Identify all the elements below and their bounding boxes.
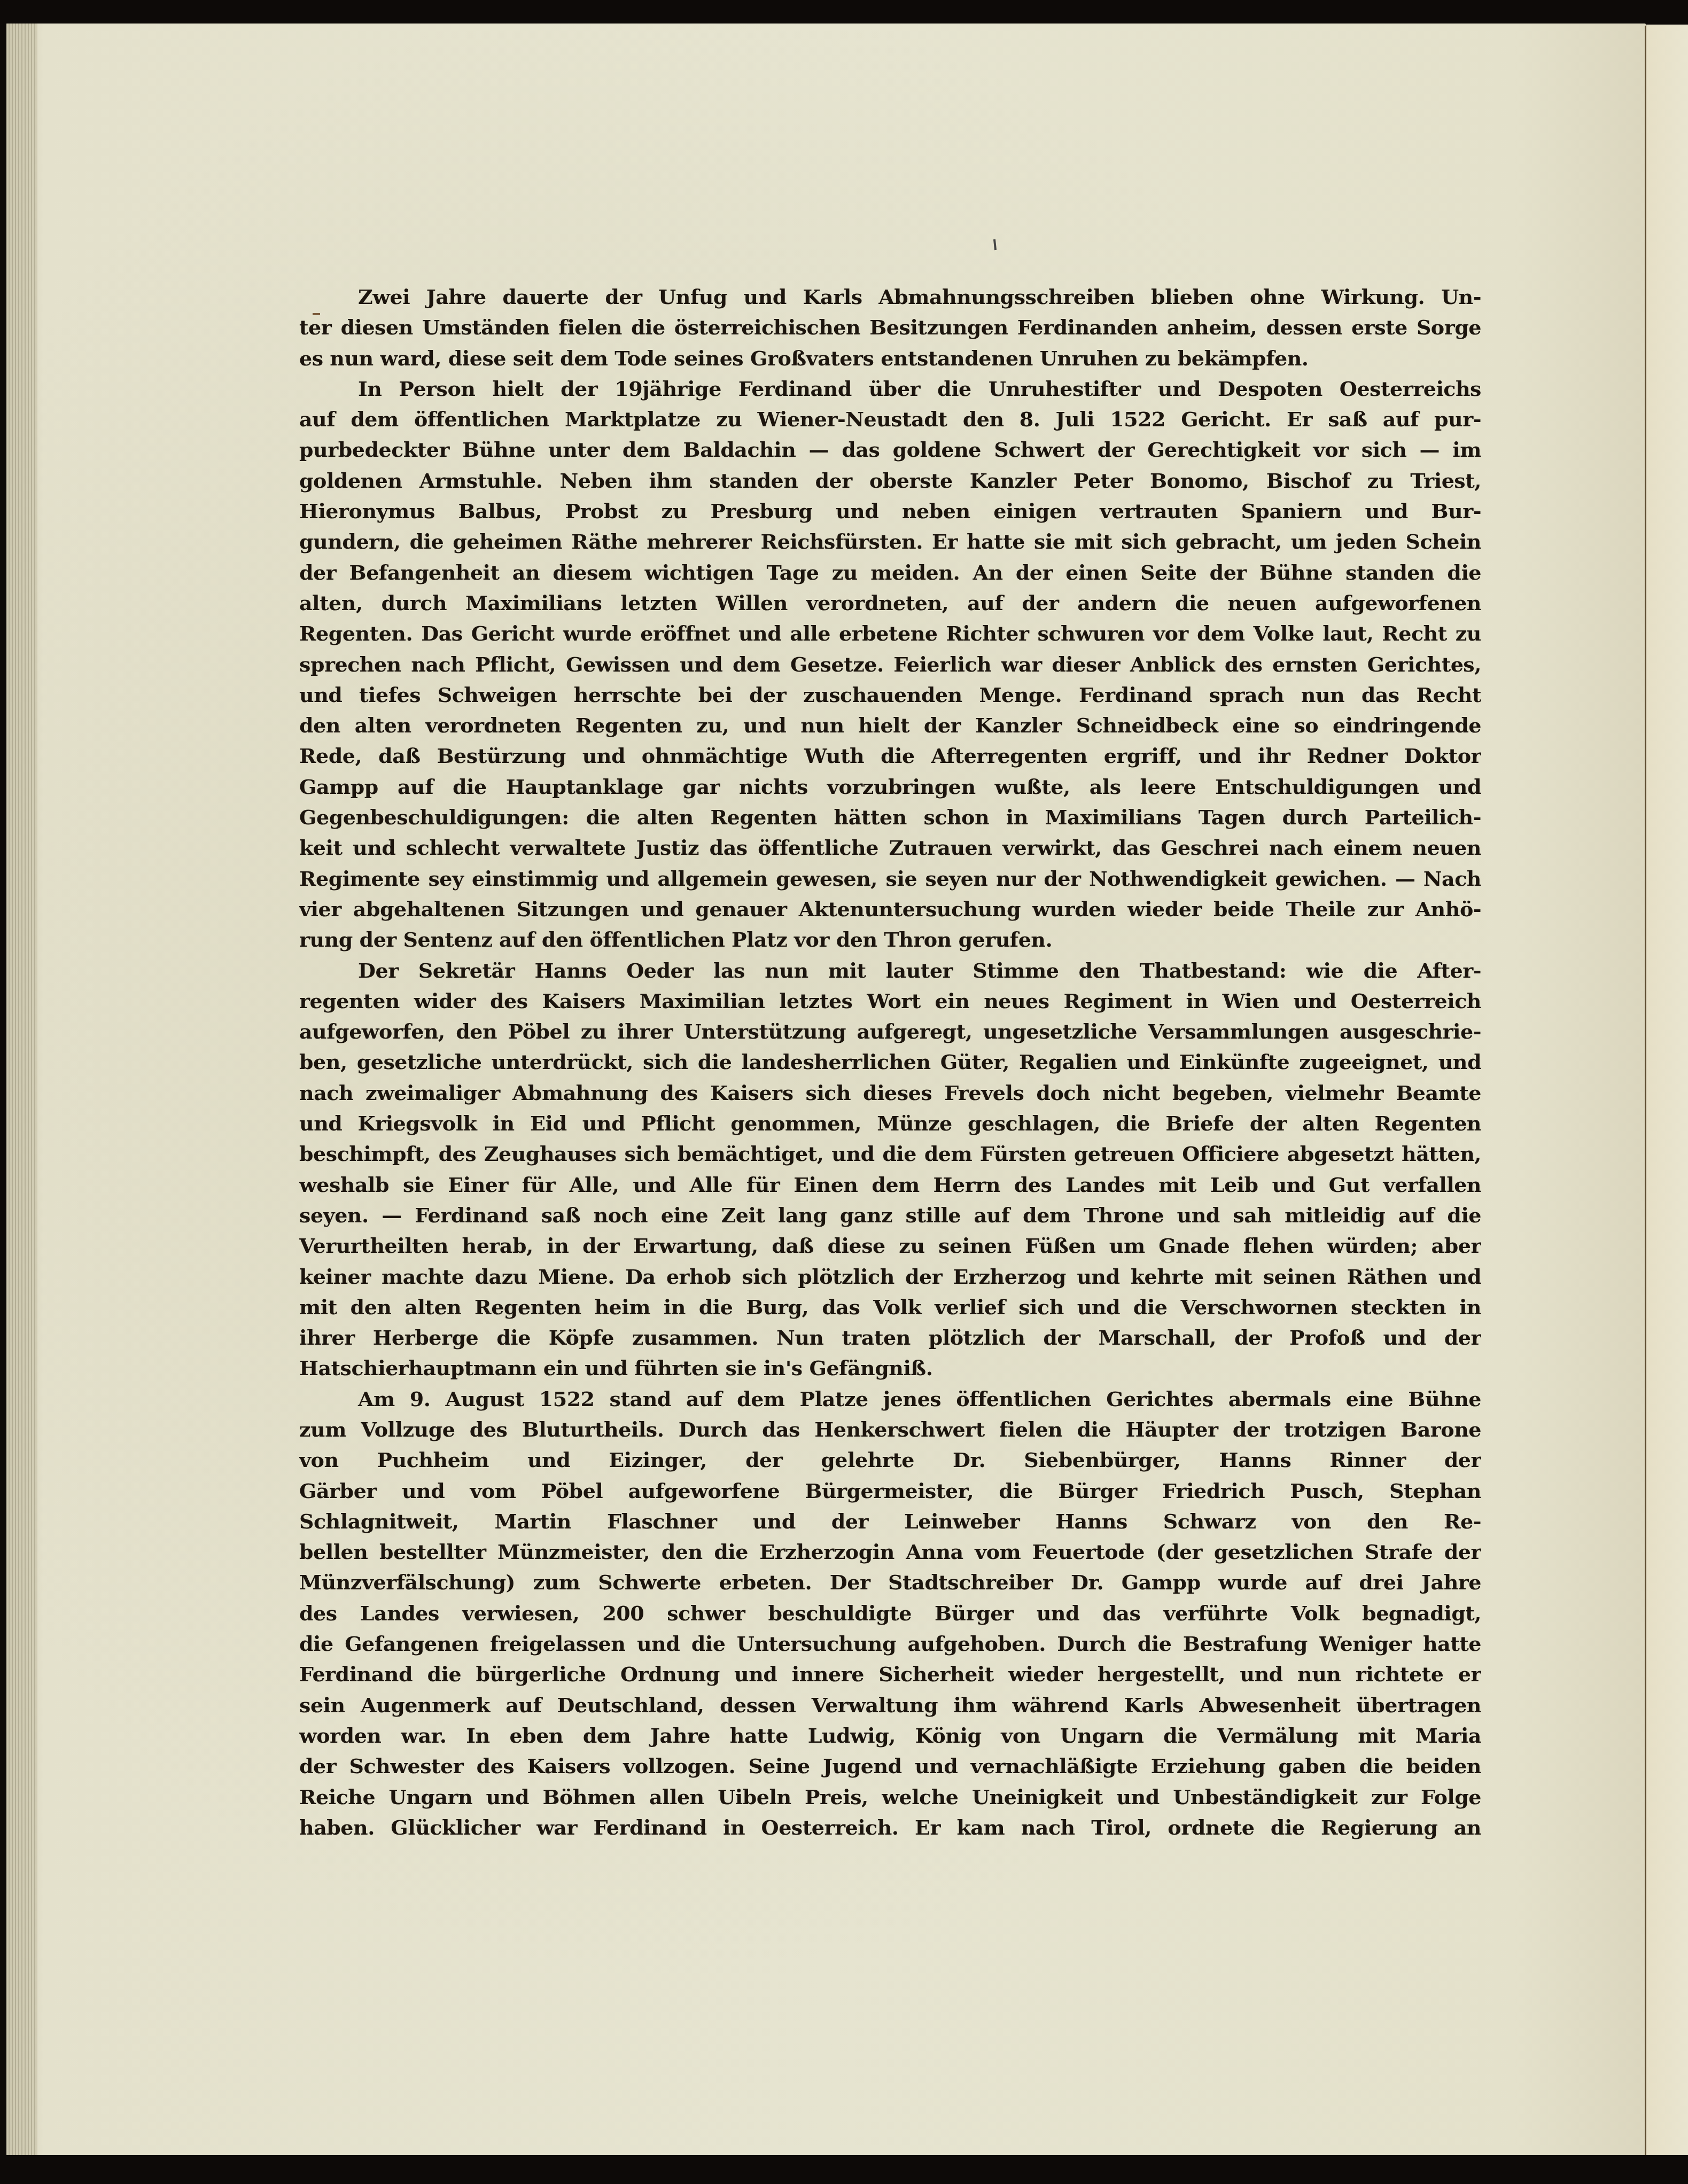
text-line: aufgeworfen, den Pöbel zu ihrer Unterstü… xyxy=(299,1016,1481,1047)
body-text: Zwei Jahre dauerte der Unfug und Karls A… xyxy=(299,282,1481,1843)
text-line: des Landes verwiesen, 200 schwer beschul… xyxy=(299,1598,1481,1628)
text-line: Münzverfälschung) zum Schwerte erbeten. … xyxy=(299,1567,1481,1597)
text-line: Gärber und vom Pöbel aufgeworfene Bürger… xyxy=(299,1476,1481,1506)
page-edge-stack xyxy=(6,24,37,2155)
text-line: Der Sekretär Hanns Oeder las nun mit lau… xyxy=(299,955,1481,986)
text-line: Ferdinand die bürgerliche Ordnung und in… xyxy=(299,1659,1481,1689)
text-line: sein Augenmerk auf Deutschland, dessen V… xyxy=(299,1690,1481,1720)
text-line: Zwei Jahre dauerte der Unfug und Karls A… xyxy=(299,282,1481,312)
text-line: Rede, daß Bestürzung und ohnmächtige Wut… xyxy=(299,740,1481,771)
text-line: nach zweimaliger Abmahnung des Kaisers s… xyxy=(299,1078,1481,1108)
text-line: regenten wider des Kaisers Maximilian le… xyxy=(299,986,1481,1016)
text-line: haben. Glücklicher war Ferdinand in Oest… xyxy=(299,1812,1481,1843)
text-line: bellen bestellter Münzmeister, den die E… xyxy=(299,1536,1481,1567)
text-line: keiner machte dazu Miene. Da erhob sich … xyxy=(299,1261,1481,1292)
text-line: mit den alten Regenten heim in die Burg,… xyxy=(299,1292,1481,1322)
text-line: goldenen Armstuhle. Neben ihm standen de… xyxy=(299,465,1481,496)
text-line: Gegenbeschuldigungen: die alten Regenten… xyxy=(299,802,1481,832)
text-line: Gampp auf die Hauptanklage gar nichts vo… xyxy=(299,771,1481,802)
text-line: Hatschierhauptmann ein und führten sie i… xyxy=(299,1353,1481,1383)
text-line: der Befangenheit an diesem wichtigen Tag… xyxy=(299,557,1481,588)
facing-page-edge xyxy=(1646,25,1688,2155)
text-line: die Gefangenen freigelassen und die Unte… xyxy=(299,1628,1481,1659)
text-line: Hieronymus Balbus, Probst zu Presburg un… xyxy=(299,496,1481,526)
text-line: keit und schlecht verwaltete Justiz das … xyxy=(299,832,1481,863)
paragraph-3: Der Sekretär Hanns Oeder las nun mit lau… xyxy=(299,955,1481,1384)
text-line: purbedeckter Bühne unter dem Baldachin —… xyxy=(299,434,1481,465)
text-line: rung der Sentenz auf den öffentlichen Pl… xyxy=(299,924,1481,955)
text-line: und tiefes Schweigen herrschte bei der z… xyxy=(299,680,1481,710)
text-line: von Puchheim und Eizinger, der gelehrte … xyxy=(299,1445,1481,1475)
text-line: den alten verordneten Regenten zu, und n… xyxy=(299,710,1481,740)
text-line: alten, durch Maximilians letzten Willen … xyxy=(299,588,1481,618)
text-line: beschimpft, des Zeughauses sich bemächti… xyxy=(299,1138,1481,1169)
text-line: zum Vollzuge des Bluturtheils. Durch das… xyxy=(299,1414,1481,1445)
text-line: der Schwester des Kaisers vollzogen. Sei… xyxy=(299,1751,1481,1781)
text-line: und Kriegsvolk in Eid und Pflicht genomm… xyxy=(299,1108,1481,1138)
text-line: Am 9. August 1522 stand auf dem Platze j… xyxy=(299,1384,1481,1414)
text-line: worden war. In eben dem Jahre hatte Ludw… xyxy=(299,1720,1481,1751)
text-line: es nun ward, diese seit dem Tode seines … xyxy=(299,343,1481,373)
text-line: ben, gesetzliche unterdrückt, sich die l… xyxy=(299,1047,1481,1077)
paragraph-2: In Person hielt der 19jährige Ferdinand … xyxy=(299,373,1481,955)
text-line: auf dem öffentlichen Marktplatze zu Wien… xyxy=(299,404,1481,434)
text-line: vier abgehaltenen Sitzungen und genauer … xyxy=(299,894,1481,924)
text-line: ihrer Herberge die Köpfe zusammen. Nun t… xyxy=(299,1322,1481,1353)
text-line: weshalb sie Einer für Alle, und Alle für… xyxy=(299,1169,1481,1200)
text-line: Verurtheilten herab, in der Erwartung, d… xyxy=(299,1230,1481,1261)
paragraph-1: Zwei Jahre dauerte der Unfug und Karls A… xyxy=(299,282,1481,373)
text-line: seyen. — Ferdinand saß noch eine Zeit la… xyxy=(299,1200,1481,1230)
text-line: Schlagnitweit, Martin Flaschner und der … xyxy=(299,1506,1481,1536)
text-line: sprechen nach Pflicht, Gewissen und dem … xyxy=(299,649,1481,680)
paragraph-4: Am 9. August 1522 stand auf dem Platze j… xyxy=(299,1384,1481,1843)
text-line: Regimente sey einstimmig und allgemein g… xyxy=(299,863,1481,894)
text-line: gundern, die geheimen Räthe mehrerer Rei… xyxy=(299,526,1481,557)
text-line: In Person hielt der 19jährige Ferdinand … xyxy=(299,373,1481,404)
text-line: Reiche Ungarn und Böhmen allen Uibeln Pr… xyxy=(299,1782,1481,1812)
text-line: ter diesen Umständen fielen die österrei… xyxy=(299,312,1481,342)
text-line: Regenten. Das Gericht wurde eröffnet und… xyxy=(299,618,1481,649)
